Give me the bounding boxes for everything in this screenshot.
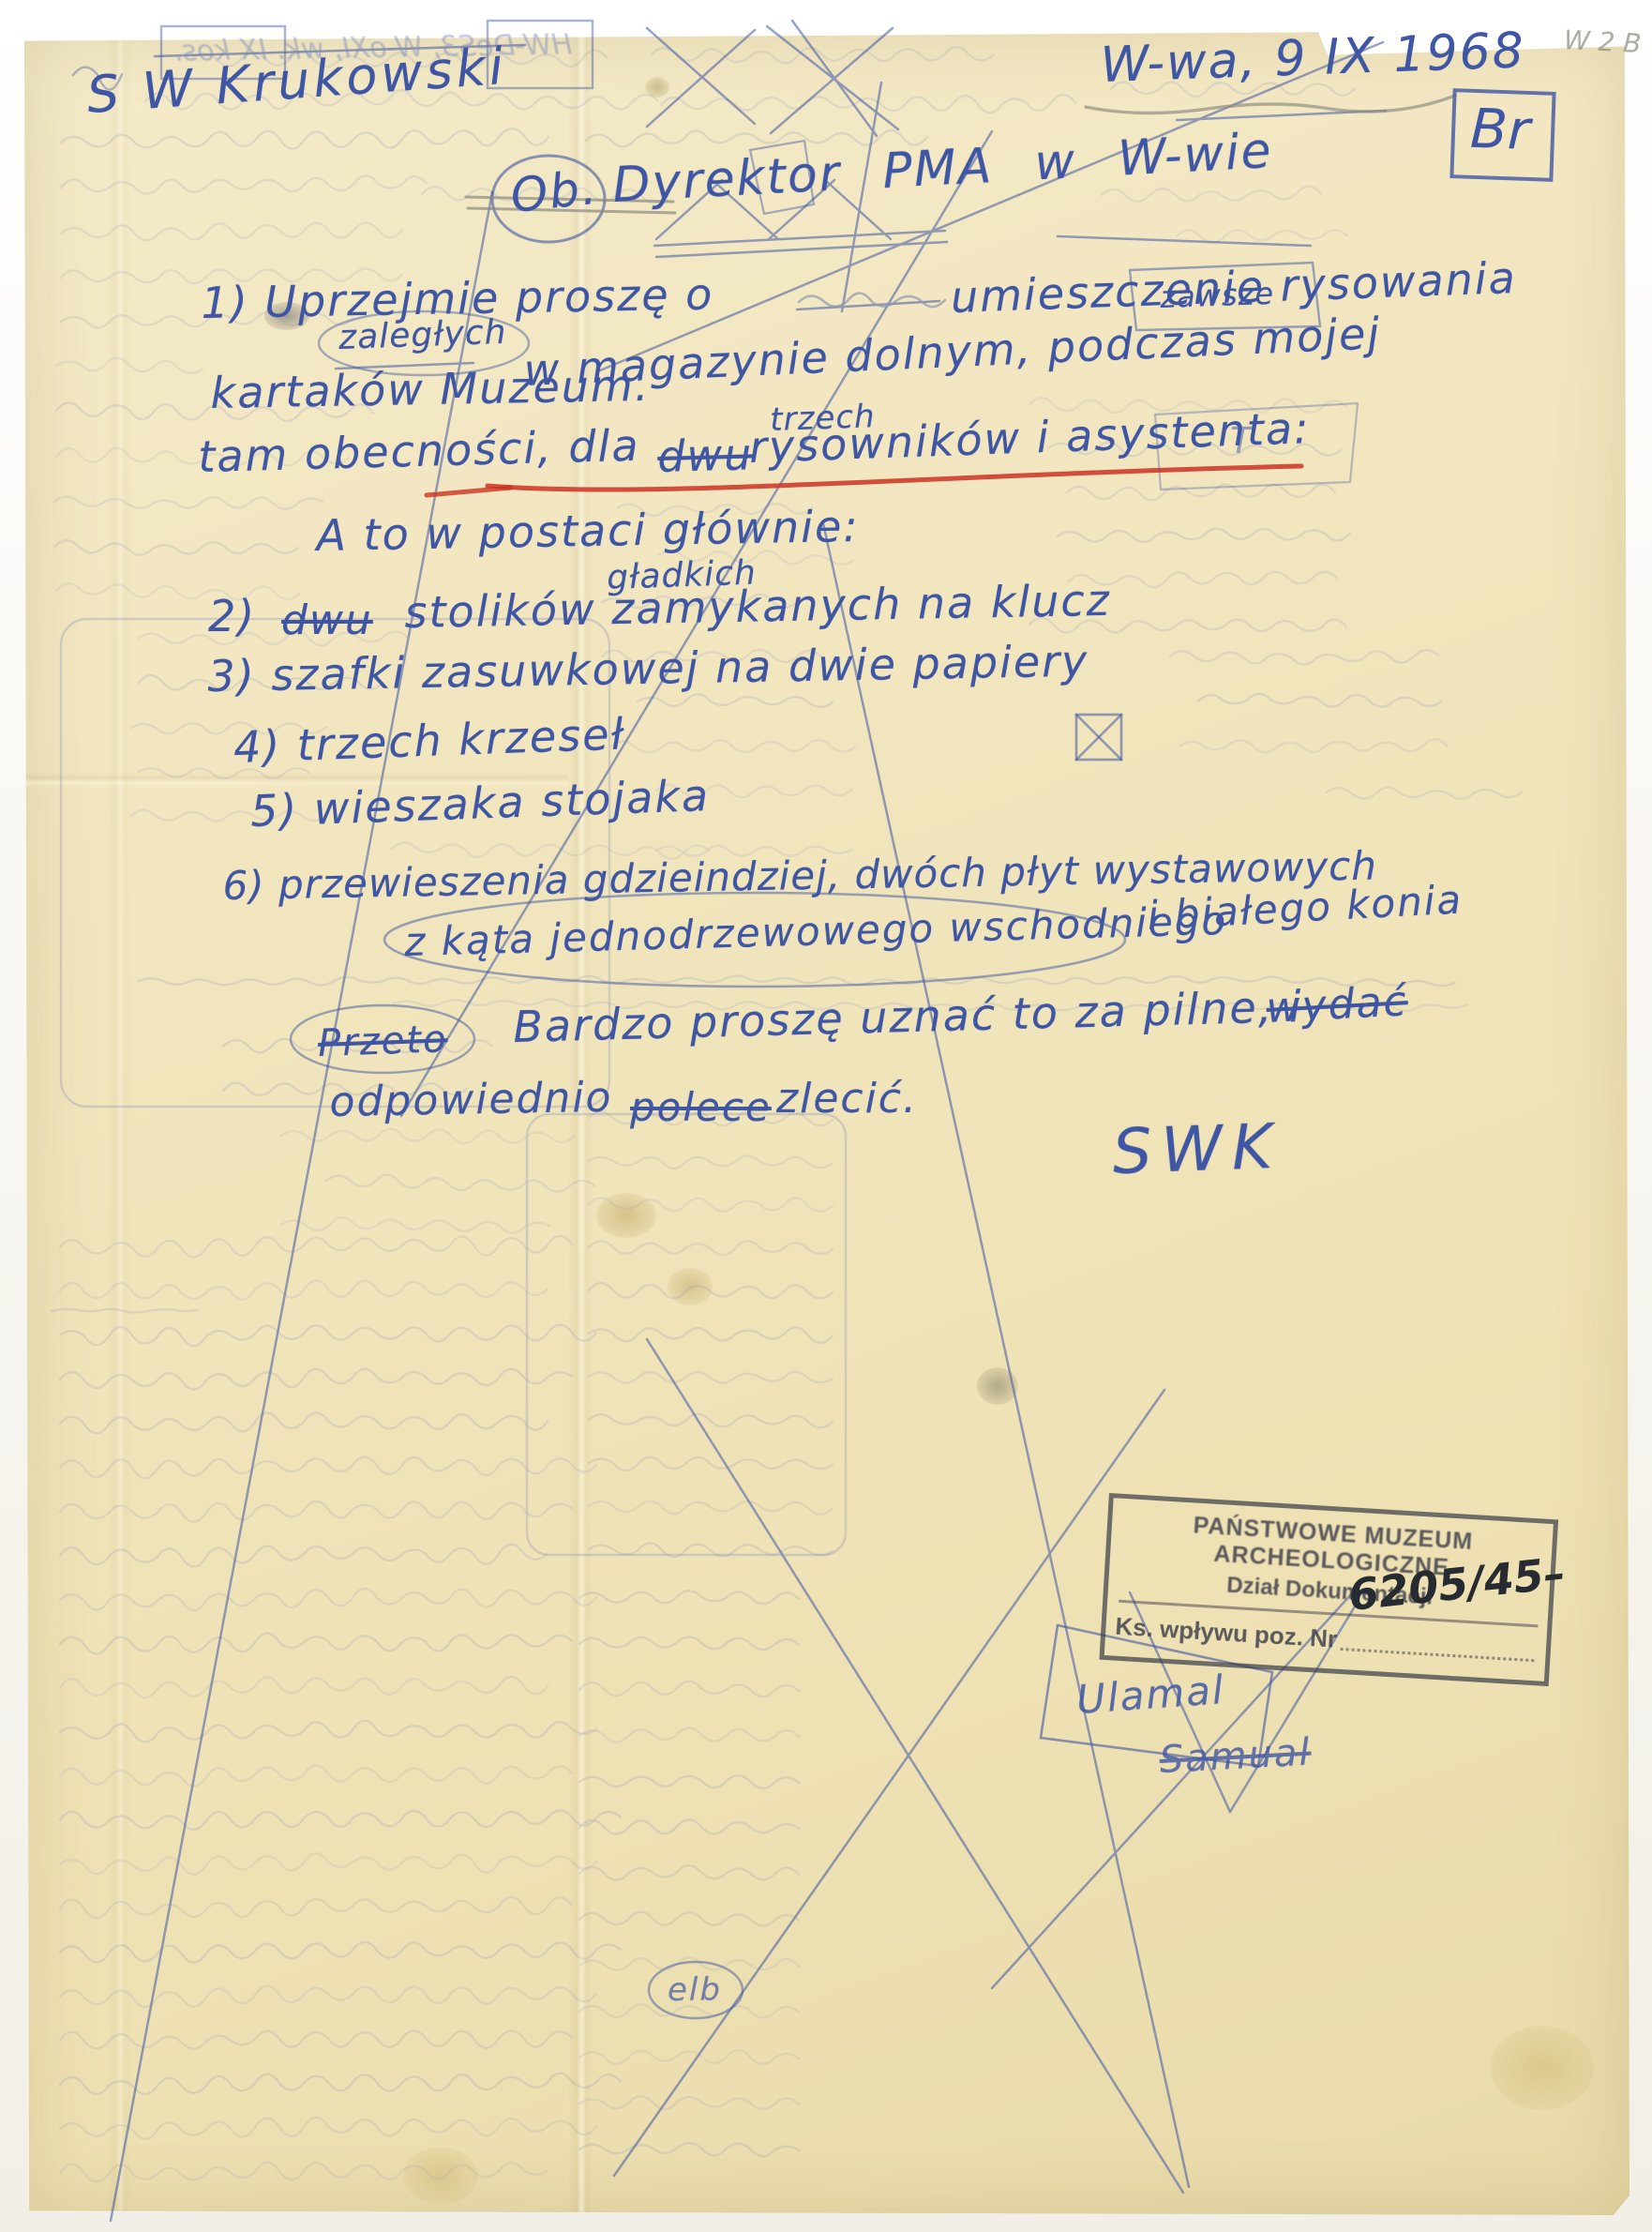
struck-word-przeto: Przeto xyxy=(317,1018,448,1065)
stain xyxy=(1491,2026,1594,2110)
list-intro: A to w postaci głównie: xyxy=(316,501,860,561)
closing-line-2a: odpowiednio xyxy=(329,1074,613,1126)
stamp-dotted-leader xyxy=(1340,1648,1534,1662)
stamp-line-3: Ks. wpływu poz. Nr xyxy=(1115,1612,1338,1654)
struck-word-dwu: dwu xyxy=(657,429,754,482)
smudge xyxy=(977,1367,1018,1405)
salutation-ob: Ob. xyxy=(508,160,601,223)
pencil-corner-mark: W 2 B xyxy=(1563,24,1642,59)
stain xyxy=(596,1193,656,1238)
stain xyxy=(645,77,669,98)
signature: SWK xyxy=(1111,1110,1283,1188)
insertion-zawsze: zawsze xyxy=(1160,276,1275,315)
struck-word-dwu-2: dwu xyxy=(281,596,373,644)
stain xyxy=(403,2148,478,2204)
corner-box: Br xyxy=(1449,88,1555,182)
insertion-zaleglych: zaległych xyxy=(338,313,508,357)
struck-word-wydac: wydać xyxy=(1265,977,1409,1033)
closing-line-2b: zlecić. xyxy=(776,1075,918,1123)
scanned-letter-page: { "letter": { "author_mark": "S W Krukow… xyxy=(0,0,1652,2232)
corner-box-label: Br xyxy=(1469,97,1531,162)
list-item-2-num: 2) xyxy=(208,591,256,641)
vertical-crease xyxy=(107,30,131,2215)
stain xyxy=(668,1268,713,1305)
struck-word-polece: polece xyxy=(630,1084,772,1130)
side-note-struck: Samual xyxy=(1159,1731,1313,1782)
circled-note-elb: elb xyxy=(668,1971,722,2009)
